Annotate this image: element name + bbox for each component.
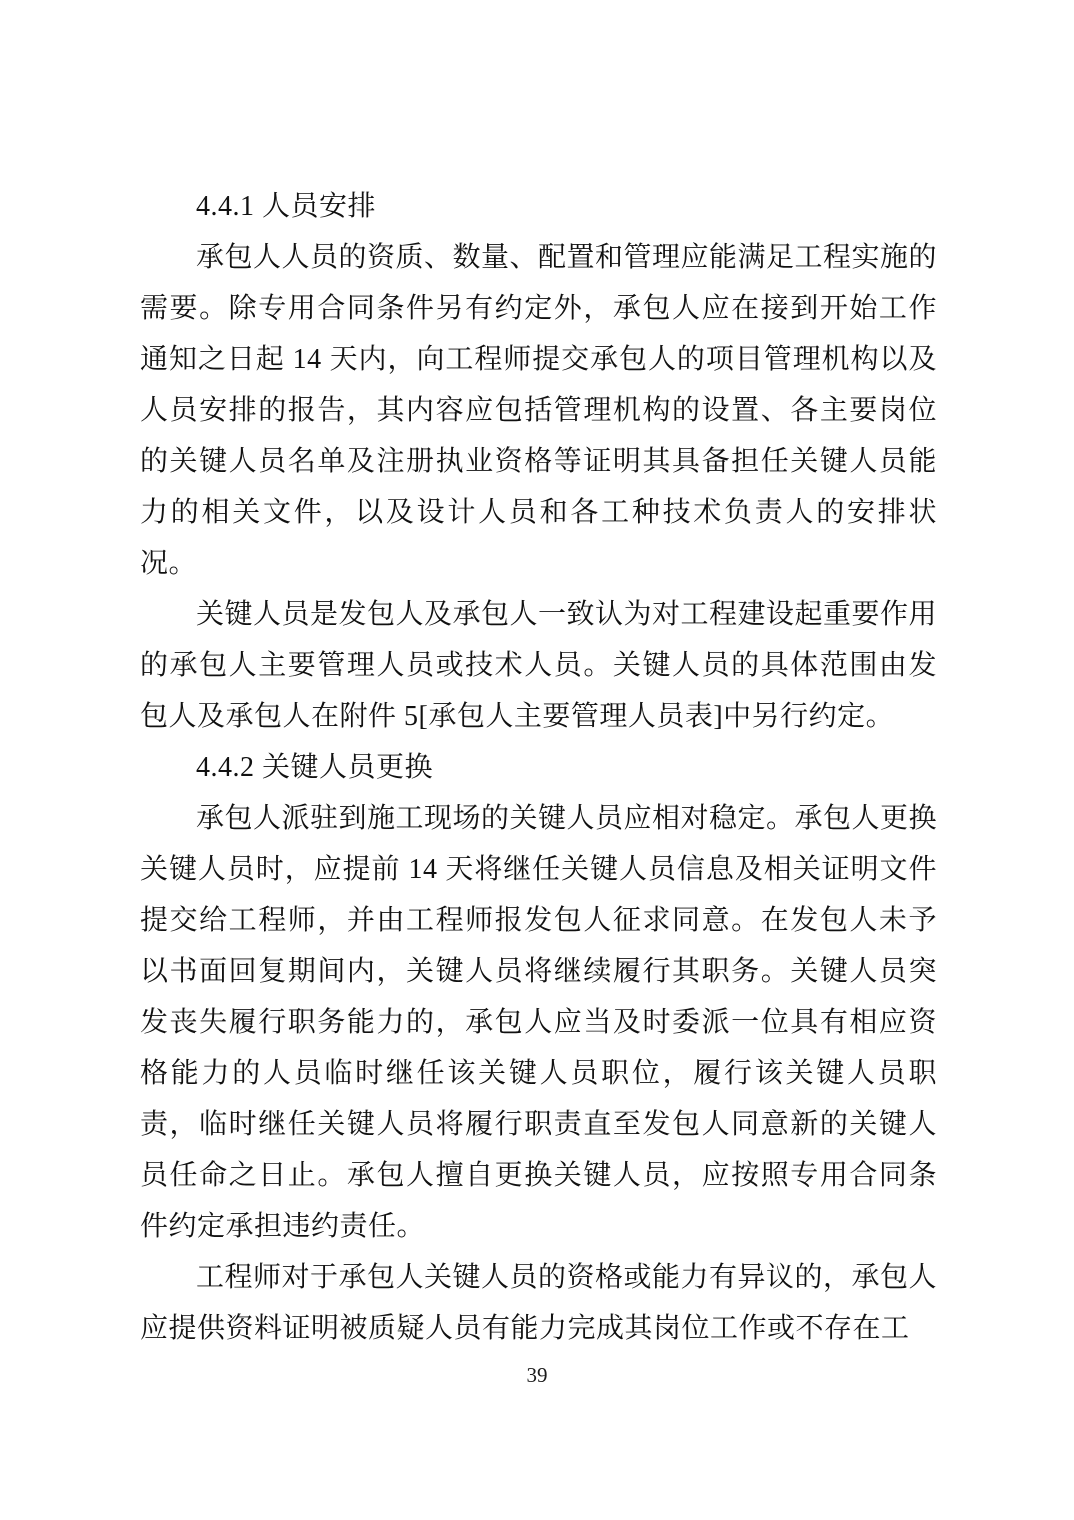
page-number: 39 (0, 1360, 1074, 1390)
paragraph-key-personnel-replacement: 承包人派驻到施工现场的关键人员应相对稳定。承包人更换关键人员时，应提前 14 天… (140, 793, 937, 1252)
section-heading-4-4-2: 4.4.2 关键人员更换 (140, 742, 937, 793)
document-body: 4.4.1 人员安排 承包人人员的资质、数量、配置和管理应能满足工程实施的需要。… (140, 181, 937, 1354)
paragraph-key-personnel-definition: 关键人员是发包人及承包人一致认为对工程建设起重要作用的承包人主要管理人员或技术人… (140, 589, 937, 742)
section-heading-4-4-1: 4.4.1 人员安排 (140, 181, 937, 232)
document-page: 4.4.1 人员安排 承包人人员的资质、数量、配置和管理应能满足工程实施的需要。… (0, 0, 1074, 1520)
paragraph-engineer-objection-truncated: 工程师对于承包人关键人员的资格或能力有异议的，承包人应提供资料证明被质疑人员有能… (140, 1252, 937, 1354)
paragraph-personnel-arrangement-1: 承包人人员的资质、数量、配置和管理应能满足工程实施的需要。除专用合同条件另有约定… (140, 232, 937, 589)
